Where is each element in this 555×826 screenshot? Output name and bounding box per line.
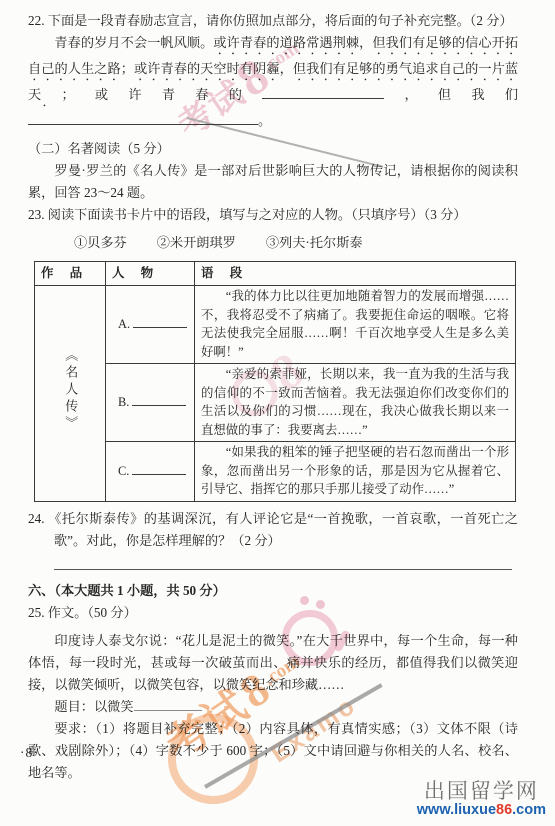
row-a-label: A.	[118, 317, 130, 331]
row-a-answer-blank	[133, 314, 187, 328]
table-header-person: 人 物	[106, 262, 195, 286]
table-row-c: C. “如果我的粗笨的锤子把坚硬的岩石忽而凿出一个形象，忽而凿出另一个形象的话，…	[35, 442, 516, 502]
q22-blank-2	[28, 111, 258, 125]
row-c-passage: “如果我的粗笨的锤子把坚硬的岩石忽而凿出一个形象，忽而凿出另一个形象的话，那是因…	[201, 443, 509, 499]
q22-passage-lead: 或许青春的	[75, 87, 263, 102]
q25-stem: 25. 作文。（50 分）	[28, 602, 518, 624]
work-title-cell: 《名人传》	[35, 286, 106, 502]
site-name: 出国留学网	[417, 781, 546, 803]
section-2-heading: （二）名著阅读（5 分）	[28, 138, 518, 160]
section-6-heading: 六、（本大题共 1 小题，共 50 分）	[28, 580, 518, 602]
table-header-passage: 语 段	[195, 262, 516, 286]
row-b-passage: “亲爱的索菲娅，长期以来，我一直为我的生活与我的信仰的不一致而苦恼着。我无法强迫…	[201, 365, 509, 439]
q23-options: ①贝多芬②米开朗琪罗③列夫·托尔斯泰	[28, 232, 518, 254]
site-url-number: 86	[496, 802, 512, 818]
q23-stem: 23. 阅读下面读书卡片中的语段，填写与之对应的人物。（只填序号）（3 分）	[28, 204, 518, 226]
exam-content: 22. 下面是一段青春励志宣言，请你仿照加点部分，将后面的句子补充完整。（2 分…	[28, 10, 518, 784]
section-2-intro: 罗曼·罗兰的《名人传》是一部对后世影响巨大的人物传记，请根据你的阅读积累，回答 …	[28, 160, 518, 204]
q24-answer-line	[54, 568, 512, 570]
row-b-answer-blank	[132, 392, 186, 406]
person-cell-c: C.	[106, 442, 195, 502]
site-url: www.liuxue86.com	[417, 803, 546, 817]
q22-stem: 22. 下面是一段青春励志宣言，请你仿照加点部分，将后面的句子补充完整。（2 分…	[28, 10, 518, 32]
table-row-a: 《名人传》 A. “我的体力比以往更加地随着智力的发展而增强……不，我将忍受不了…	[35, 286, 516, 364]
essay-title-label: 题目：以微笑	[54, 699, 133, 714]
table-header-row: 作 品 人 物 语 段	[35, 262, 516, 286]
passage-cell-c: “如果我的粗笨的锤子把坚硬的岩石忽而凿出一个形象，忽而凿出另一个形象的话，那是因…	[195, 442, 516, 502]
q23-option-1: ①贝多芬	[74, 235, 127, 250]
essay-title-line: 题目：以微笑	[28, 696, 518, 718]
exam-page: 考试 8 .com 8 考试 8 .com Examo 22. 下面是一段青春励…	[0, 0, 555, 826]
q22-blank-1	[262, 85, 384, 99]
q22-passage-mid: ，但我们	[384, 87, 518, 102]
row-a-passage: “我的体力比以往更加地随着智力的发展而增强……不，我将忍受不了病痛了。我要扼住命…	[201, 287, 509, 361]
passage-cell-b: “亲爱的索菲娅，长期以来，我一直为我的生活与我的信仰的不一致而苦恼着。我无法强迫…	[195, 364, 516, 442]
row-c-answer-blank	[132, 461, 186, 475]
table-header-work: 作 品	[35, 262, 106, 286]
reading-card-table: 作 品 人 物 语 段 《名人传》 A. “我的体力比以往更加地随着智力的发展而…	[34, 261, 516, 502]
person-cell-a: A.	[106, 286, 195, 364]
site-url-prefix: www.liuxue	[417, 802, 496, 818]
q22-passage: 青春的岁月不会一帆风顺。或许青春的道路常遇荆棘，但我们有足够的信心开拓自己的人生…	[28, 32, 518, 132]
table-row-b: B. “亲爱的索菲娅，长期以来，我一直为我的生活与我的信仰的不一致而苦恼着。我无…	[35, 364, 516, 442]
q22-passage-end: 。	[258, 113, 271, 128]
q24-stem: 24. 《托尔斯泰传》的基调深沉，有人评论它是“一首挽歌，一首哀歌，一首死亡之歌…	[28, 508, 518, 552]
site-logo: 出国留学网 www.liuxue86.com	[417, 781, 546, 817]
passage-cell-a: “我的体力比以往更加地随着智力的发展而增强……不，我将忍受不了病痛了。我要扼住命…	[195, 286, 516, 364]
work-title-vertical: 《名人传》	[61, 348, 80, 433]
row-c-label: C.	[118, 464, 129, 478]
page-number: ·8·	[20, 745, 39, 761]
q25-intro: 印度诗人泰戈尔说：“花儿是泥土的微笑。”在大千世界中，每一个生命，每一种体悟，每…	[28, 630, 518, 696]
site-url-suffix: .com	[512, 802, 546, 818]
q23-option-2: ②米开朗琪罗	[157, 235, 236, 250]
row-b-label: B.	[118, 395, 129, 409]
q22-passage-plain: 青春的岁月不会一帆风顺。	[54, 35, 213, 50]
q23-option-3: ③列夫·托尔斯泰	[266, 235, 363, 250]
q25-requirements: 要求：（1）将题目补充完整；（2）内容具体，有真情实感；（3）文体不限（诗歌、戏…	[28, 718, 518, 784]
essay-title-blank	[134, 697, 202, 711]
person-cell-b: B.	[106, 364, 195, 442]
